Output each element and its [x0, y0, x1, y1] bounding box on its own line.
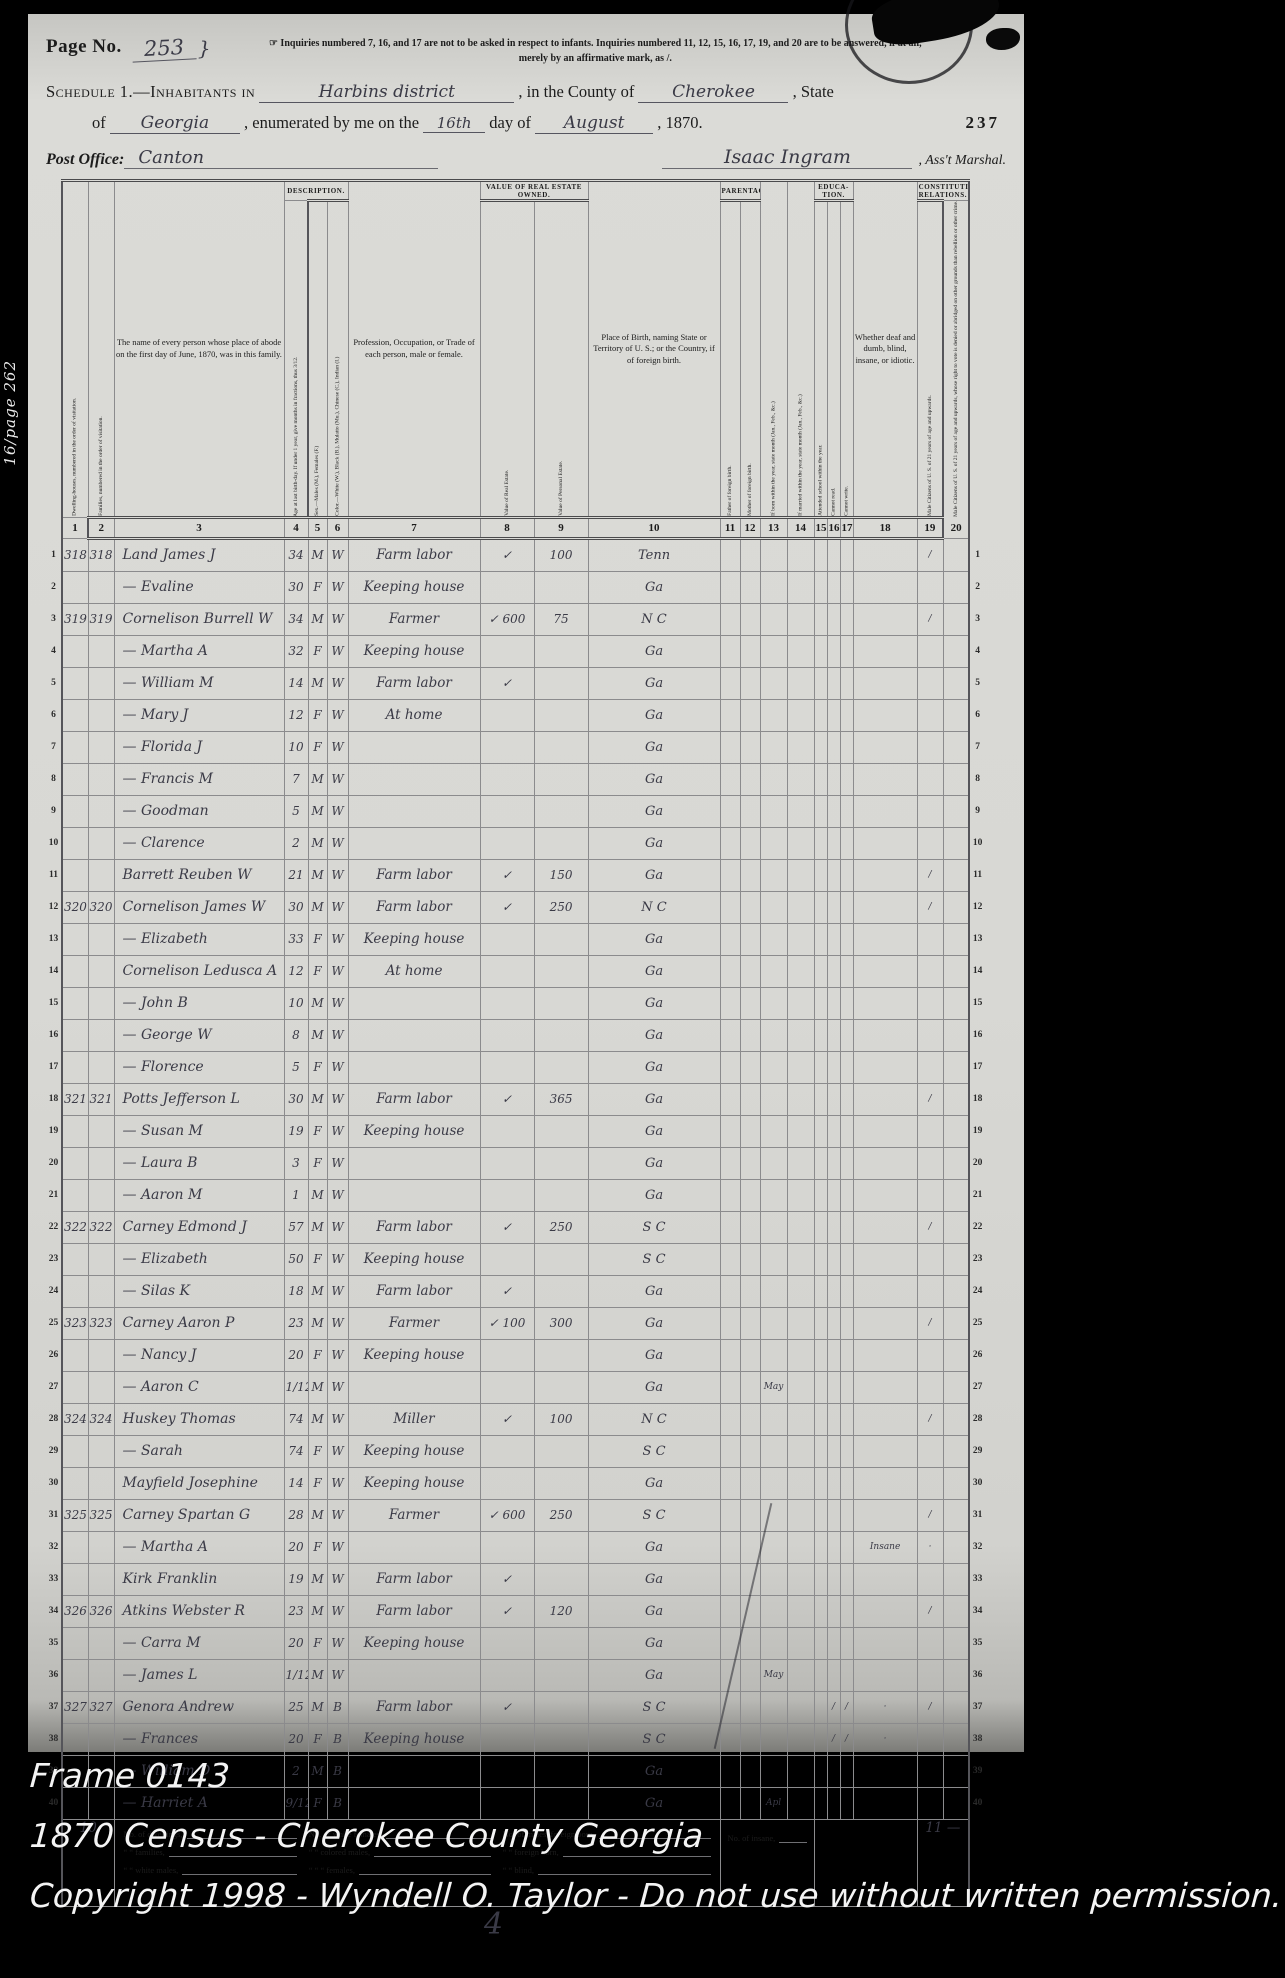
row-number-left: 28 [46, 1403, 62, 1435]
cell-cannot-read [827, 1531, 840, 1563]
cell-dwelling-number [62, 923, 88, 955]
cell-person-name: — Nancy J [114, 1339, 284, 1371]
cell-occupation: Keeping house [348, 1467, 480, 1499]
cell-disability [853, 603, 917, 635]
cell-father-foreign [720, 1275, 740, 1307]
cell-cannot-read [827, 635, 840, 667]
cell-citizen-mark: / [917, 859, 943, 891]
cell-disability: Insane [853, 1531, 917, 1563]
cell-sex: F [308, 699, 327, 731]
cell-cannot-write [840, 1371, 853, 1403]
cell-dwelling-number [62, 667, 88, 699]
cell-disability [853, 1627, 917, 1659]
cell-birth-month [760, 1595, 787, 1627]
cell-real-estate-value [480, 1339, 534, 1371]
cell-birth-month [760, 538, 787, 571]
cell-dwelling-number: 325 [62, 1499, 88, 1531]
cell-occupation: Farm labor [348, 538, 480, 571]
cell-marriage-month [787, 1499, 814, 1531]
cell-sex: M [308, 1563, 327, 1595]
cell-marriage-month [787, 891, 814, 923]
cell-color: W [327, 1147, 348, 1179]
cell-dwelling-number [62, 1627, 88, 1659]
cell-family-number [88, 1339, 114, 1371]
cell-age: 28 [284, 1499, 308, 1531]
cell-cannot-read [827, 859, 840, 891]
cell-cannot-read: / [827, 1723, 840, 1755]
cell-marriage-month [787, 1435, 814, 1467]
cell-person-name: — Martha A [114, 635, 284, 667]
row-number-right: 20 [969, 1147, 985, 1179]
cell-cannot-write [840, 731, 853, 763]
cell-attended-school [814, 667, 827, 699]
table-row: 27— Aaron C1/12MWGaMay27 [46, 1371, 985, 1403]
cell-family-number [88, 1243, 114, 1275]
cell-personal-estate-value [534, 667, 588, 699]
cell-cannot-write [840, 1339, 853, 1371]
cell-occupation: Keeping house [348, 1435, 480, 1467]
column-number: 13 [760, 517, 787, 538]
cell-cannot-write [840, 923, 853, 955]
cell-birth-month [760, 699, 787, 731]
cell-age: 20 [284, 1723, 308, 1755]
cell-age: 74 [284, 1435, 308, 1467]
row-number-right: 33 [969, 1563, 985, 1595]
cell-mother-foreign [740, 1211, 760, 1243]
header-marriage-month: If married within the year, state month … [787, 181, 814, 518]
cell-mother-foreign [740, 603, 760, 635]
header-color: Color.—White (W.), Black (B.), Mulatto (… [327, 201, 348, 518]
cell-dwelling-number: 326 [62, 1595, 88, 1627]
cell-attended-school [814, 1147, 827, 1179]
row-number-right: 13 [969, 923, 985, 955]
cell-disability [853, 859, 917, 891]
cell-citizen-mark [917, 1467, 943, 1499]
cell-real-estate-value: ✓ [480, 1691, 534, 1723]
cell-marriage-month [787, 859, 814, 891]
cell-occupation: Farm labor [348, 1691, 480, 1723]
cell-dwelling-number [62, 635, 88, 667]
table-row: 32— Martha A20FWGaInsane·32 [46, 1531, 985, 1563]
cell-father-foreign [720, 1243, 740, 1275]
cell-family-number [88, 827, 114, 859]
cell-cannot-write [840, 1083, 853, 1115]
schedule-prefix: Schedule 1.—Inhabitants in [46, 82, 255, 101]
cell-family-number: 322 [88, 1211, 114, 1243]
county-value: Cherokee [638, 82, 788, 103]
cell-marriage-month [787, 1211, 814, 1243]
row-number-right: 22 [969, 1211, 985, 1243]
cell-real-estate-value [480, 987, 534, 1019]
cell-cannot-write [840, 1115, 853, 1147]
cell-family-number: 325 [88, 1499, 114, 1531]
column-number: 4 [284, 517, 308, 538]
census-rows: 1318318Land James J34MWFarm labor✓100Ten… [46, 538, 985, 1819]
cell-disability [853, 1179, 917, 1211]
row-number-left: 4 [46, 635, 62, 667]
header-occupation: Profession, Occupation, or Trade of each… [348, 181, 480, 518]
table-row: 16— George W8MWGa16 [46, 1019, 985, 1051]
cell-vote-denied [943, 1115, 969, 1147]
cell-occupation [348, 795, 480, 827]
cell-disability [853, 891, 917, 923]
cell-age: 14 [284, 1467, 308, 1499]
column-number: 10 [588, 517, 720, 538]
cell-mother-foreign [740, 763, 760, 795]
cell-citizen-mark [917, 1019, 943, 1051]
row-number-left: 38 [46, 1723, 62, 1755]
cell-person-name: — Aaron C [114, 1371, 284, 1403]
cell-sex: F [308, 1243, 327, 1275]
cell-vote-denied [943, 1595, 969, 1627]
cell-family-number [88, 1147, 114, 1179]
cell-real-estate-value: ✓ [480, 538, 534, 571]
cell-color: W [327, 891, 348, 923]
cell-attended-school [814, 699, 827, 731]
census-table: Dwelling-houses, numbered in the order o… [46, 179, 985, 1907]
cell-attended-school [814, 827, 827, 859]
cell-color: B [327, 1723, 348, 1755]
row-number-right: 23 [969, 1243, 985, 1275]
header-name: The name of every person whose place of … [114, 181, 284, 518]
table-row: 7— Florida J10FWGa7 [46, 731, 985, 763]
row-number-right: 16 [969, 1019, 985, 1051]
cell-disability [853, 763, 917, 795]
post-office-line: Post Office: Canton Isaac Ingram , Ass't… [46, 146, 1006, 169]
header-birth-month: If born within the year, state month (Ja… [760, 181, 787, 518]
cell-attended-school [814, 1339, 827, 1371]
cell-color: W [327, 1179, 348, 1211]
cell-dwelling-number [62, 1563, 88, 1595]
cell-attended-school [814, 1691, 827, 1723]
row-number-left: 22 [46, 1211, 62, 1243]
cell-color: W [327, 859, 348, 891]
cell-father-foreign [720, 1371, 740, 1403]
cell-marriage-month [787, 1307, 814, 1339]
cell-disability [853, 1467, 917, 1499]
cell-color: W [327, 1563, 348, 1595]
cell-sex: M [308, 859, 327, 891]
cell-personal-estate-value [534, 795, 588, 827]
cell-cannot-write [840, 1275, 853, 1307]
cell-marriage-month [787, 1339, 814, 1371]
cell-attended-school [814, 1467, 827, 1499]
cell-age: 34 [284, 538, 308, 571]
row-number-right: 27 [969, 1371, 985, 1403]
cell-sex: M [308, 1403, 327, 1435]
cell-birth-month [760, 635, 787, 667]
cell-birth-month [760, 1691, 787, 1723]
column-number: 3 [114, 517, 284, 538]
cell-person-name: — James L [114, 1659, 284, 1691]
cell-personal-estate-value: 250 [534, 1211, 588, 1243]
cell-vote-denied [943, 699, 969, 731]
cell-birth-month [760, 667, 787, 699]
cell-cannot-read [827, 1499, 840, 1531]
row-number-right: 6 [969, 699, 985, 731]
cell-citizen-mark: / [917, 538, 943, 571]
cell-marriage-month [787, 1115, 814, 1147]
day-of-label: day of [489, 113, 531, 132]
cell-citizen-mark [917, 1051, 943, 1083]
cell-disability [853, 923, 917, 955]
state-label: , State [793, 82, 834, 101]
cell-father-foreign [720, 1403, 740, 1435]
inquiries-note-line1: ☞ Inquiries numbered 7, 16, and 17 are n… [245, 36, 946, 51]
district-value: Harbins district [259, 82, 514, 103]
column-number: 6 [327, 517, 348, 538]
cell-real-estate-value: ✓ [480, 1563, 534, 1595]
cell-color: W [327, 795, 348, 827]
cell-real-estate-value [480, 1051, 534, 1083]
cell-family-number [88, 1019, 114, 1051]
cell-citizen-mark [917, 1275, 943, 1307]
cell-attended-school [814, 987, 827, 1019]
cell-disability [853, 1211, 917, 1243]
table-row: 21— Aaron M1MWGa21 [46, 1179, 985, 1211]
page-no-label: Page No. [46, 36, 122, 58]
cell-mother-foreign [740, 987, 760, 1019]
cell-color: B [327, 1691, 348, 1723]
cell-color: W [327, 1211, 348, 1243]
cell-place-of-birth: Ga [588, 1531, 720, 1563]
cell-color: W [327, 1339, 348, 1371]
cell-sex: M [308, 1019, 327, 1051]
row-number-right: 12 [969, 891, 985, 923]
cell-vote-denied [943, 987, 969, 1019]
cell-dwelling-number: 322 [62, 1211, 88, 1243]
cell-cannot-write [840, 1435, 853, 1467]
cell-sex: F [308, 571, 327, 603]
cell-marriage-month [787, 1659, 814, 1691]
cell-color: W [327, 955, 348, 987]
cell-cannot-read [827, 1115, 840, 1147]
cell-attended-school [814, 731, 827, 763]
row-number-left: 35 [46, 1627, 62, 1659]
cell-person-name: — Elizabeth [114, 923, 284, 955]
cell-color: W [327, 1051, 348, 1083]
cell-place-of-birth: Ga [588, 667, 720, 699]
cell-family-number [88, 763, 114, 795]
cell-person-name: — Martha A [114, 1531, 284, 1563]
cell-cannot-write: / [840, 1723, 853, 1755]
cell-attended-school [814, 923, 827, 955]
cell-sex: M [308, 1083, 327, 1115]
cell-citizen-mark [917, 699, 943, 731]
cell-mother-foreign [740, 1307, 760, 1339]
cell-dwelling-number: 319 [62, 603, 88, 635]
cell-real-estate-value [480, 1467, 534, 1499]
table-row: 33Kirk Franklin19MWFarm labor✓Ga33 [46, 1563, 985, 1595]
cell-person-name: Cornelison Ledusca A [114, 955, 284, 987]
cell-birth-month [760, 1115, 787, 1147]
cell-color: W [327, 1307, 348, 1339]
cell-real-estate-value: ✓ [480, 1211, 534, 1243]
cell-disability [853, 1659, 917, 1691]
cell-age: 34 [284, 603, 308, 635]
cell-dwelling-number [62, 731, 88, 763]
cell-birth-month [760, 1563, 787, 1595]
row-number-right: 5 [969, 667, 985, 699]
cell-color: W [327, 1499, 348, 1531]
header-family: Families, numbered in the order of visit… [88, 181, 114, 518]
cell-sex: F [308, 1115, 327, 1147]
cell-sex: M [308, 1371, 327, 1403]
cell-sex: M [308, 987, 327, 1019]
cell-real-estate-value [480, 763, 534, 795]
column-number: 8 [480, 517, 534, 538]
table-row: 36— James L1/12MWGaMay36 [46, 1659, 985, 1691]
cell-father-foreign [720, 891, 740, 923]
cell-marriage-month [787, 1083, 814, 1115]
cell-dwelling-number [62, 1467, 88, 1499]
cell-personal-estate-value [534, 635, 588, 667]
cell-disability [853, 699, 917, 731]
cell-person-name: — Frances [114, 1723, 284, 1755]
cell-birth-month: May [760, 1371, 787, 1403]
cell-personal-estate-value [534, 1723, 588, 1755]
cell-person-name: — Goodman [114, 795, 284, 827]
cell-place-of-birth: Ga [588, 1147, 720, 1179]
cell-personal-estate-value [534, 987, 588, 1019]
cell-sex: M [308, 1595, 327, 1627]
caption-frame: Frame 0143 [29, 1756, 1284, 1795]
column-number: 16 [827, 517, 840, 538]
cell-vote-denied [943, 635, 969, 667]
cell-marriage-month [787, 1691, 814, 1723]
cell-vote-denied [943, 891, 969, 923]
cell-mother-foreign [740, 923, 760, 955]
cell-cannot-read [827, 731, 840, 763]
cell-dwelling-number: 327 [62, 1691, 88, 1723]
table-row: 38— Frances20FBKeeping houseS C//·38 [46, 1723, 985, 1755]
cell-color: W [327, 763, 348, 795]
cell-place-of-birth: N C [588, 891, 720, 923]
of-label: of [92, 113, 106, 132]
cell-cannot-read [827, 667, 840, 699]
cell-mother-foreign [740, 1179, 760, 1211]
cell-family-number: 318 [88, 538, 114, 571]
header-birthplace: Place of Birth, naming State or Territor… [588, 181, 720, 518]
cell-mother-foreign [740, 795, 760, 827]
cell-attended-school [814, 1083, 827, 1115]
cell-father-foreign [720, 731, 740, 763]
row-number-left: 12 [46, 891, 62, 923]
cell-father-foreign [720, 699, 740, 731]
cell-color: W [327, 923, 348, 955]
cell-vote-denied [943, 827, 969, 859]
cell-citizen-mark [917, 1115, 943, 1147]
cell-father-foreign [720, 1595, 740, 1627]
cell-disability [853, 1307, 917, 1339]
cell-age: 20 [284, 1339, 308, 1371]
cell-occupation [348, 1371, 480, 1403]
cell-person-name: — Susan M [114, 1115, 284, 1147]
cell-attended-school [814, 1723, 827, 1755]
cell-attended-school [814, 1051, 827, 1083]
cell-occupation: Keeping house [348, 1723, 480, 1755]
cell-cannot-read [827, 1627, 840, 1659]
cell-color: W [327, 1243, 348, 1275]
cell-personal-estate-value [534, 827, 588, 859]
cell-cannot-read [827, 1371, 840, 1403]
row-number-right: 8 [969, 763, 985, 795]
cell-marriage-month [787, 699, 814, 731]
cell-marriage-month [787, 1403, 814, 1435]
cell-dwelling-number [62, 699, 88, 731]
cell-disability [853, 667, 917, 699]
cell-person-name: — Elizabeth [114, 1243, 284, 1275]
cell-age: 12 [284, 955, 308, 987]
cell-sex: M [308, 538, 327, 571]
cell-place-of-birth: Ga [588, 1659, 720, 1691]
cell-personal-estate-value [534, 1371, 588, 1403]
cell-person-name: Potts Jefferson L [114, 1083, 284, 1115]
cell-personal-estate-value [534, 955, 588, 987]
table-row: 20— Laura B3FWGa20 [46, 1147, 985, 1179]
row-number-left: 34 [46, 1595, 62, 1627]
census-page-scan: Page No. 253 } ☞ Inquiries numbered 7, 1… [28, 14, 1024, 1752]
cell-father-foreign [720, 1563, 740, 1595]
row-number-right: 9 [969, 795, 985, 827]
cell-color: W [327, 1435, 348, 1467]
cell-vote-denied [943, 1083, 969, 1115]
cell-mother-foreign [740, 891, 760, 923]
cell-sex: F [308, 1627, 327, 1659]
row-number-right: 7 [969, 731, 985, 763]
cell-mother-foreign [740, 1275, 760, 1307]
row-number-left: 3 [46, 603, 62, 635]
cell-mother-foreign [740, 955, 760, 987]
cell-real-estate-value [480, 635, 534, 667]
cell-father-foreign [720, 1499, 740, 1531]
cell-father-foreign [720, 603, 740, 635]
cell-color: W [327, 987, 348, 1019]
group-parentage: Parentage. [720, 181, 760, 201]
cell-father-foreign [720, 1723, 740, 1755]
cell-mother-foreign [740, 1339, 760, 1371]
cell-color: W [327, 1371, 348, 1403]
cell-birth-month [760, 731, 787, 763]
cell-marriage-month [787, 923, 814, 955]
cell-marriage-month [787, 1179, 814, 1211]
cell-occupation [348, 1147, 480, 1179]
cell-disability [853, 571, 917, 603]
cell-father-foreign [720, 1467, 740, 1499]
sheet-number: 237 [966, 113, 1001, 133]
table-row: 17— Florence5FWGa17 [46, 1051, 985, 1083]
cell-color: W [327, 1275, 348, 1307]
year-suffix: , 1870. [657, 113, 702, 132]
cell-dwelling-number [62, 859, 88, 891]
cell-age: 20 [284, 1531, 308, 1563]
cell-disability [853, 1595, 917, 1627]
cell-occupation [348, 1659, 480, 1691]
cell-cannot-read [827, 891, 840, 923]
cell-real-estate-value: ✓ 600 [480, 603, 534, 635]
cell-person-name: Cornelison Burrell W [114, 603, 284, 635]
cell-person-name: Carney Edmond J [114, 1211, 284, 1243]
cell-cannot-read [827, 1403, 840, 1435]
table-row: 9— Goodman5MWGa9 [46, 795, 985, 827]
cell-family-number: 326 [88, 1595, 114, 1627]
cell-father-foreign [720, 1115, 740, 1147]
row-number-left: 7 [46, 731, 62, 763]
cell-family-number: 320 [88, 891, 114, 923]
row-number-right: 17 [969, 1051, 985, 1083]
row-number-right: 38 [969, 1723, 985, 1755]
cell-family-number [88, 1275, 114, 1307]
